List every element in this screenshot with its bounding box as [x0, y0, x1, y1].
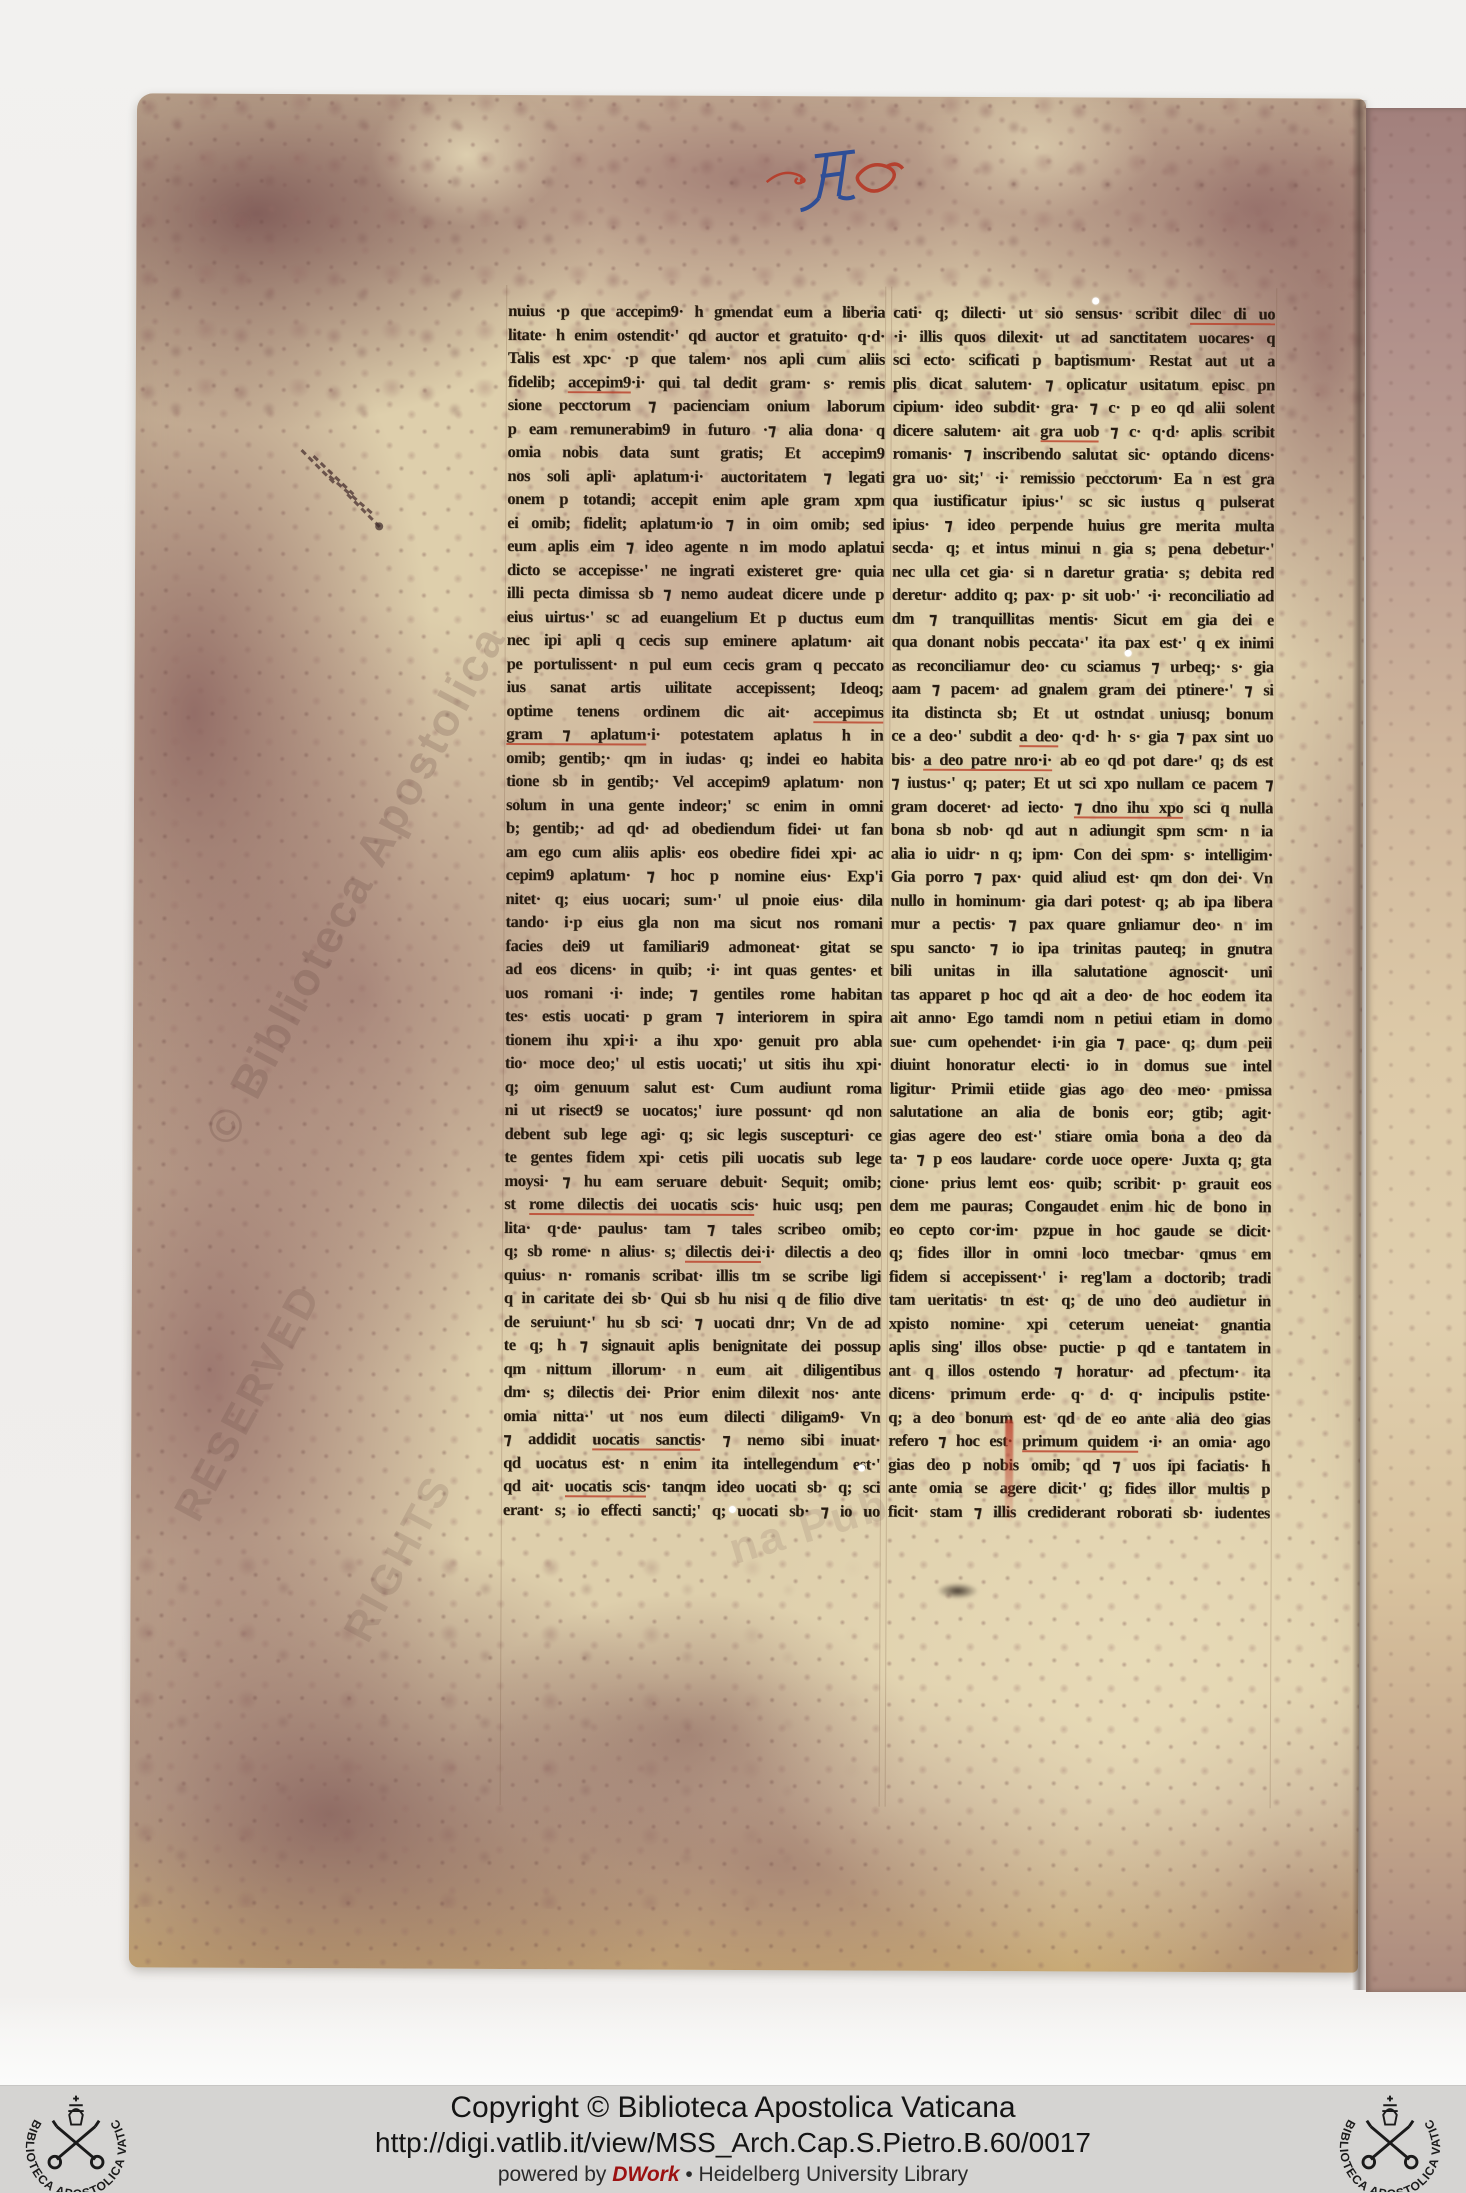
manuscript-line: Talis est xpc· ·p que talem· nos apli cu…: [508, 346, 885, 371]
powered-by-prefix: powered by: [498, 2163, 612, 2186]
rubricated-phrase: uocatis scis: [565, 1476, 646, 1497]
manuscript-line: qua iustificatur ipius·' sc sic iustus q…: [892, 489, 1274, 514]
manuscript-line: ligitur· Primii etiide gias ago deo meo·…: [890, 1076, 1272, 1101]
manuscript-line: eius uirtus·' sc ad euangelium Et p duct…: [507, 604, 884, 629]
reflective-dot: [858, 1464, 865, 1471]
manuscript-line: omia nitta·' ut nos eum dilecti diligam9…: [503, 1403, 880, 1428]
manuscript-line: ⁊ iustus·' q; pater; Et ut sci xpo nulla…: [891, 771, 1273, 796]
manuscript-line: q; fides illor in omni loco tmecbar· qmu…: [889, 1241, 1271, 1266]
running-title-ornament: [759, 140, 939, 221]
manuscript-line: facies dei9 ut familiari9 admoneat· gita…: [505, 933, 882, 958]
manuscript-line: lita· q·de· paulus· tam ⁊ tales scribeo …: [504, 1215, 881, 1240]
svg-text:BIBLIOTECA APOSTOLICA VATICANA: BIBLIOTECA APOSTOLICA VATICANA: [6, 2086, 129, 2192]
manuscript-line: ·i· illis quos dilexit· ut ad sanctitate…: [893, 324, 1275, 349]
footer-bar: Copyright © Biblioteca Apostolica Vatica…: [0, 2085, 1466, 2193]
manuscript-line: fidem si accepissent·' i· reg'lam a doct…: [889, 1264, 1271, 1289]
red-ink-drip: [1005, 1419, 1013, 1521]
manuscript-line: tio· moce deo;' ul estis uocati;' ut sit…: [505, 1051, 882, 1076]
manuscript-line: moysi· ⁊ hu eam seruare debuit· Sequit; …: [504, 1168, 881, 1193]
manuscript-line: secda· q; et intus minui n gia s; pena d…: [892, 536, 1274, 561]
manuscript-line: q; oim genuum salut est· Cum audiunt rom…: [505, 1074, 882, 1099]
crossed-keys-icon: [1363, 2121, 1417, 2168]
rubricated-phrase: uocatis sanctis: [592, 1429, 700, 1450]
manuscript-line: omia nobis data sunt gratis; Et accepim9: [507, 440, 884, 465]
manuscript-line: gias agere deo est·' stiare omia bona a …: [890, 1123, 1272, 1148]
manuscript-line: onem p totandi; accepit enim aple gram x…: [507, 487, 884, 512]
manuscript-line: p eam remunerabim9 in futuro ·⁊ alia don…: [508, 416, 885, 441]
manuscript-line: tando· i·p eius gla non ma sicut nos rom…: [505, 910, 882, 935]
manuscript-line: quius· n· romanis scribat· illis tm se s…: [504, 1262, 881, 1287]
manuscript-line: deretur· addito q; pax· p· sit uob·' ·i·…: [892, 583, 1274, 608]
manuscript-line: tam ueritatis· tn est· q; de uno deo aud…: [889, 1288, 1271, 1313]
manuscript-page: © Biblioteca Apostolica RESERVED RIGHTS …: [129, 93, 1366, 1972]
manuscript-line: qm nittum illorum· n eum ait diligentibu…: [503, 1356, 880, 1381]
rubricated-phrase: accepim9: [568, 372, 631, 393]
manuscript-line: solum in una gente indeor;' sc enim in o…: [506, 792, 883, 817]
manuscript-line: ante omia se agere dicit·' q; fides illo…: [888, 1476, 1270, 1501]
manuscript-line: de seruiunt·' hu sb sci· ⁊ uocati dnr; V…: [504, 1309, 881, 1334]
manuscript-line: litate· h enim ostendit·' qd auctor et g…: [508, 322, 885, 347]
manuscript-line: cepim9 aplatum· ⁊ hoc p nomine eius· Exp…: [506, 863, 883, 888]
manuscript-line: spu sancto· ⁊ io ipa trinitas pauteq; in…: [890, 935, 1272, 960]
powered-by-suffix: • Heidelberg University Library: [680, 2163, 969, 2186]
manuscript-line: nitet· q; eius uocari; sum·' ul pnoie ei…: [506, 886, 883, 911]
manuscript-line: tione sb in gentib;· Vel accepim9 aplatu…: [506, 769, 883, 794]
manuscript-line: debent sub lege agi· q; sic legis suscep…: [505, 1121, 882, 1146]
rubricated-phrase: ⁊ dno ihu xpo: [1074, 797, 1184, 818]
manuscript-line: nuius ·p que accepim9· h gmendat eum a l…: [508, 299, 885, 324]
rubricated-phrase: gram ⁊ aplatum: [506, 724, 646, 746]
manuscript-line: cione· prius lemt eos· quib; scribit· p·…: [889, 1170, 1271, 1195]
ink-smudge: [937, 1583, 979, 1599]
manuscript-line: sue· cum opehendet· i·in gia ⁊ pace· q; …: [890, 1029, 1272, 1054]
manuscript-line: q; sb rome· n alius· s; dilectis dei·i· …: [504, 1239, 881, 1264]
manuscript-line: xpisto nomine· xpi ceterum ueneiat· gnan…: [889, 1311, 1271, 1336]
reflective-dot: [1125, 650, 1132, 657]
manuscript-line: plis dicat salutem· ⁊ oplicatur usitatum…: [893, 371, 1275, 396]
manuscript-line: refero ⁊ hoc est· primum quidem ·i· an o…: [888, 1429, 1270, 1454]
rubricated-phrase: accepimus: [814, 702, 884, 723]
manuscript-line: illi pecta dimissa sb ⁊ nemo audeat dice…: [507, 581, 884, 606]
stain-mottle-bottom: [129, 1547, 891, 1910]
text-column-left: nuius ·p que accepim9· h gmendat eum a l…: [503, 299, 885, 1523]
manuscript-line: gra uo· sit;' ·i· remissio pecctorum· Ea…: [892, 465, 1274, 490]
svg-text:BIBLIOTECA APOSTOLICA VATICANA: BIBLIOTECA APOSTOLICA VATICANA: [1320, 2086, 1443, 2192]
rubricated-phrase: rome dilectis dei uocatis scis: [529, 1194, 754, 1216]
manuscript-line: mur a pectis· ⁊ pax quare gnliamur deo· …: [890, 912, 1272, 937]
manuscript-line: dm ⁊ tranquillitas mentis· Sicut em gia …: [892, 606, 1274, 631]
manuscript-line: q in caritate dei sb· Qui sb hu nisi q d…: [504, 1286, 881, 1311]
manuscript-line: eo cepto cor·im· pzpue in hoc gaude se d…: [889, 1217, 1271, 1242]
manuscript-line: dem me pauras; Congaudet enim hic de bon…: [889, 1194, 1271, 1219]
papal-tiara-icon: [68, 2096, 83, 2125]
parchment-scratch: [295, 442, 415, 553]
copyright-line: Copyright © Biblioteca Apostolica Vatica…: [0, 2090, 1466, 2126]
manuscript-line: cipium· ideo subdit· gra· ⁊ c· p eo qd a…: [893, 395, 1275, 420]
red-flourish-left: [767, 173, 803, 184]
reflective-dot: [729, 1506, 736, 1513]
manuscript-line: ⁊ addidit uocatis sanctis· ⁊ nemo sibi i…: [503, 1427, 880, 1452]
manuscript-line: ni ut risect9 se uocatos;' iure possunt·…: [505, 1098, 882, 1123]
manuscript-line: ipius· ⁊ ideo perpende huius gre merita …: [892, 512, 1274, 537]
manuscript-line: ait anno· Ego tamdi nom n petiui etiam i…: [890, 1006, 1272, 1031]
logo-arc-text: BIBLIOTECA APOSTOLICA VATICANA: [1320, 2086, 1443, 2192]
manuscript-line: ficit· stam ⁊ illis crediderant roborati…: [888, 1499, 1270, 1524]
manuscript-line: uos romani ·i· inde; ⁊ gentiles rome hab…: [505, 980, 882, 1005]
dwork-label: DWork: [612, 2163, 679, 2186]
manuscript-line: aam ⁊ pacem· ad gnalem gram dei ptinere·…: [891, 677, 1273, 702]
manuscript-line: qd uocatus est· n enim ita intellegendum…: [503, 1450, 880, 1475]
manuscript-line: gias deo p nobis omib; qd ⁊ uos ipi faci…: [888, 1452, 1270, 1477]
manuscript-line: diuint honoratur electi· io in domus sue…: [890, 1053, 1272, 1078]
manuscript-line: tas apparet p hoc qd ait a deo· de hoc e…: [890, 982, 1272, 1007]
powered-by-line: powered by DWork • Heidelberg University…: [0, 2160, 1466, 2190]
manuscript-line: optime tenens ordinem dic ait· accepimus: [506, 698, 883, 723]
manuscript-line: st rome dilectis dei uocatis scis· huic …: [504, 1192, 881, 1217]
manuscript-line: cati· q; dilecti· ut sio sensus· scribit…: [893, 301, 1275, 326]
manuscript-line: eum aplis eim ⁊ ideo agente n im modo ap…: [507, 534, 884, 559]
manuscript-line: te gentes fidem xpi· cetis pili uocatis …: [504, 1145, 881, 1170]
manuscript-line: sci ecto· scificati p baptismum· Restat …: [893, 348, 1275, 373]
manuscript-line: dicto se accepisse·' ne ingrati existere…: [507, 557, 884, 582]
manuscript-line: dicens· primum erde· q· d· q· incipulis …: [888, 1382, 1270, 1407]
manuscript-line: tes· estis uocati· p gram ⁊ interiorem i…: [505, 1004, 882, 1029]
manuscript-line: ita distincta sb; Et ut ostndat uniusq; …: [891, 700, 1273, 725]
manuscript-line: dm· s; dilectis dei· Prior enim dilexit …: [503, 1380, 880, 1405]
manuscript-line: am ego cum aliis aplis· eos obedire fide…: [506, 839, 883, 864]
manuscript-line: bis· a deo patre nro·i· ab eo qd pot dar…: [891, 747, 1273, 772]
manuscript-line: bili unitas in illa salutatione agnoscit…: [890, 959, 1272, 984]
manuscript-line: ei omib; fidelit; aplatum·io ⁊ in oim om…: [507, 510, 884, 535]
manuscript-line: nec ipi apli q cecis sup eminere aplatum…: [507, 628, 884, 653]
manuscript-line: tionem ihu xpi·i· a ihu xpo· genuit pro …: [505, 1027, 882, 1052]
facing-page-sliver: [1366, 108, 1466, 1992]
rubricated-phrase: dilectis dei: [685, 1242, 761, 1263]
manuscript-line: dicere salutem· ait gra uob ⁊ c· q·d· ap…: [893, 418, 1275, 443]
manuscript-line: as reconciliamur deo· cu sciamus ⁊ urbeq…: [892, 653, 1274, 678]
manuscript-line: erant· s; io effecti sancti;' q; uocati …: [503, 1497, 880, 1522]
manuscript-line: aplis sing' illos obse· puctie· p qd e t…: [889, 1335, 1271, 1360]
source-url: http://digi.vatlib.it/view/MSS_Arch.Cap.…: [0, 2126, 1466, 2160]
manuscript-line: nec ulla cet gia· si n daretur gratia· s…: [892, 559, 1274, 584]
manuscript-line: te q; h ⁊ signauit aplis benignitate dei…: [504, 1333, 881, 1358]
manuscript-line: salutatione an alia de bonis eor; gtib; …: [890, 1100, 1272, 1125]
manuscript-line: bona sb nob· qd aut n adiungit spm scm· …: [891, 818, 1273, 843]
manuscript-line: fidelib; accepim9·i· qui tal dedit gram·…: [508, 369, 885, 394]
red-flourish-dot: [800, 177, 806, 183]
rubricated-phrase: gra uob: [1040, 421, 1099, 442]
manuscript-line: ius sanat artis uilitate accepissent; Id…: [506, 675, 883, 700]
blue-letter-A: [801, 151, 855, 210]
scan-viewport: © Biblioteca Apostolica RESERVED RIGHTS …: [0, 0, 1466, 2193]
manuscript-line: pe portulissent· n pul eum cecis gram q …: [507, 651, 884, 676]
manuscript-line: gram doceret· ad iecto· ⁊ dno ihu xpo sc…: [891, 794, 1273, 819]
rubricated-phrase: dilec di uo: [1190, 304, 1275, 325]
rubricated-phrase: a deo: [1019, 726, 1058, 747]
crossed-keys-icon: [49, 2121, 103, 2168]
papal-tiara-icon: [1382, 2096, 1397, 2125]
manuscript-line: gram ⁊ aplatum·i· potestatem aplatus h i…: [506, 722, 883, 747]
manuscript-line: ant q illos ostendo ⁊ horatur· ad pfectu…: [888, 1358, 1270, 1383]
manuscript-line: ta· ⁊ p eos laudare· corde uoce opere· J…: [889, 1147, 1271, 1172]
facing-page-speckle: [1366, 108, 1466, 1992]
manuscript-line: qua donant nobis peccata·' ita pax est·'…: [892, 630, 1274, 655]
reflective-dot: [1092, 297, 1099, 304]
footer-text-block: Copyright © Biblioteca Apostolica Vatica…: [0, 2090, 1466, 2190]
red-letter-D: [857, 164, 902, 191]
rubricated-phrase: primum quidem: [1022, 1431, 1138, 1453]
rubricated-phrase: a deo patre nro·i·: [923, 749, 1052, 771]
manuscript-line: b; gentib;· ad qd· ad obediendum fidei· …: [506, 816, 883, 841]
vatican-library-logo-left: BIBLIOTECA APOSTOLICA VATICANA: [6, 2086, 146, 2192]
manuscript-line: romanis· ⁊ inscribendo salutat sic· opta…: [892, 442, 1274, 467]
manuscript-line: ad eos dicens· in quib; ·i· int quas gen…: [505, 957, 882, 982]
manuscript-line: omib; gentib;· qm in iudas· q; indei eo …: [506, 745, 883, 770]
manuscript-line: q; a deo bonum est· qd de eo ante alia d…: [888, 1405, 1270, 1430]
manuscript-line: nos soli apli· aplatum·i· auctoritatem ⁊…: [507, 463, 884, 488]
manuscript-line: alia io uidr· n q; ipm· Con dei spm· s· …: [891, 841, 1273, 866]
manuscript-line: sione pecctorum ⁊ pacienciam onium labor…: [508, 393, 885, 418]
manuscript-line: qd ait· uocatis scis· tanqm ideo uocati …: [503, 1474, 880, 1499]
manuscript-line: Gia porro ⁊ pax· quid aliud est· qm don …: [891, 865, 1273, 890]
vatican-library-logo-right: BIBLIOTECA APOSTOLICA VATICANA: [1320, 2086, 1460, 2192]
logo-arc-text: BIBLIOTECA APOSTOLICA VATICANA: [6, 2086, 129, 2192]
text-column-right: cati· q; dilecti· ut sio sensus· scribit…: [888, 301, 1275, 1525]
manuscript-line: ce a deo·' subdit a deo· q·d· h· s· gia …: [891, 724, 1273, 749]
manuscript-line: nullo in hominum· gia dari potest· q; ab…: [891, 888, 1273, 913]
footer-upper-strip: [0, 1995, 1466, 2085]
